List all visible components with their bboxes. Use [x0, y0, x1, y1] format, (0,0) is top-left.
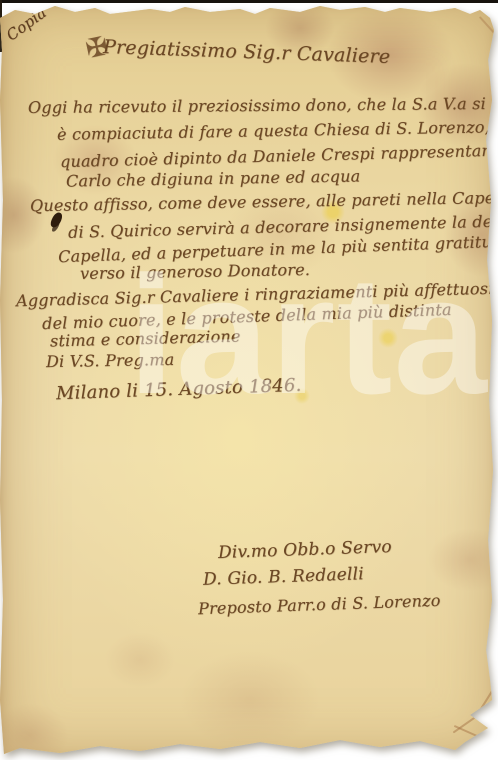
paper-tear [479, 16, 495, 34]
letter-line: quadro cioè dipinto da Daniele Crespi ra… [60, 141, 498, 171]
letter-line: Oggi ha ricevuto il preziosissimo dono, … [28, 95, 486, 117]
paper-crease [454, 725, 498, 747]
paper-sheet-wrapper: Copia ✠ Pregiatissimo Sig.r Cavaliere Og… [0, 0, 498, 760]
letter-line: è compiaciuta di fare a questa Chiesa di… [57, 118, 498, 143]
letter-salutation: Pregiatissimo Sig.r Cavaliere [103, 37, 391, 68]
aged-paper-sheet: Copia ✠ Pregiatissimo Sig.r Cavaliere Og… [0, 0, 498, 760]
letter-dateline: Milano li 15. Agosto 1846. [56, 376, 302, 404]
signature-line: D. Gio. B. Redaelli [203, 565, 365, 589]
scanned-letter-page: Copia ✠ Pregiatissimo Sig.r Cavaliere Og… [0, 0, 498, 760]
letter-line: Questo affisso, come deve essere, alle p… [30, 189, 498, 215]
letter-line: verso il generoso Donatore. [80, 261, 310, 283]
signature-title-line: Preposto Parr.o di S. Lorenzo [198, 592, 441, 618]
letter-line: Di V.S. Preg.ma [46, 351, 175, 371]
letter-line: stima e considerazione [50, 328, 241, 351]
paper-crease [477, 678, 498, 715]
corner-note-copia: Copia [3, 4, 49, 44]
letter-line: Carlo che digiuna in pane ed acqua [66, 167, 361, 190]
closing-line: Div.mo Obb.o Servo [218, 538, 392, 563]
